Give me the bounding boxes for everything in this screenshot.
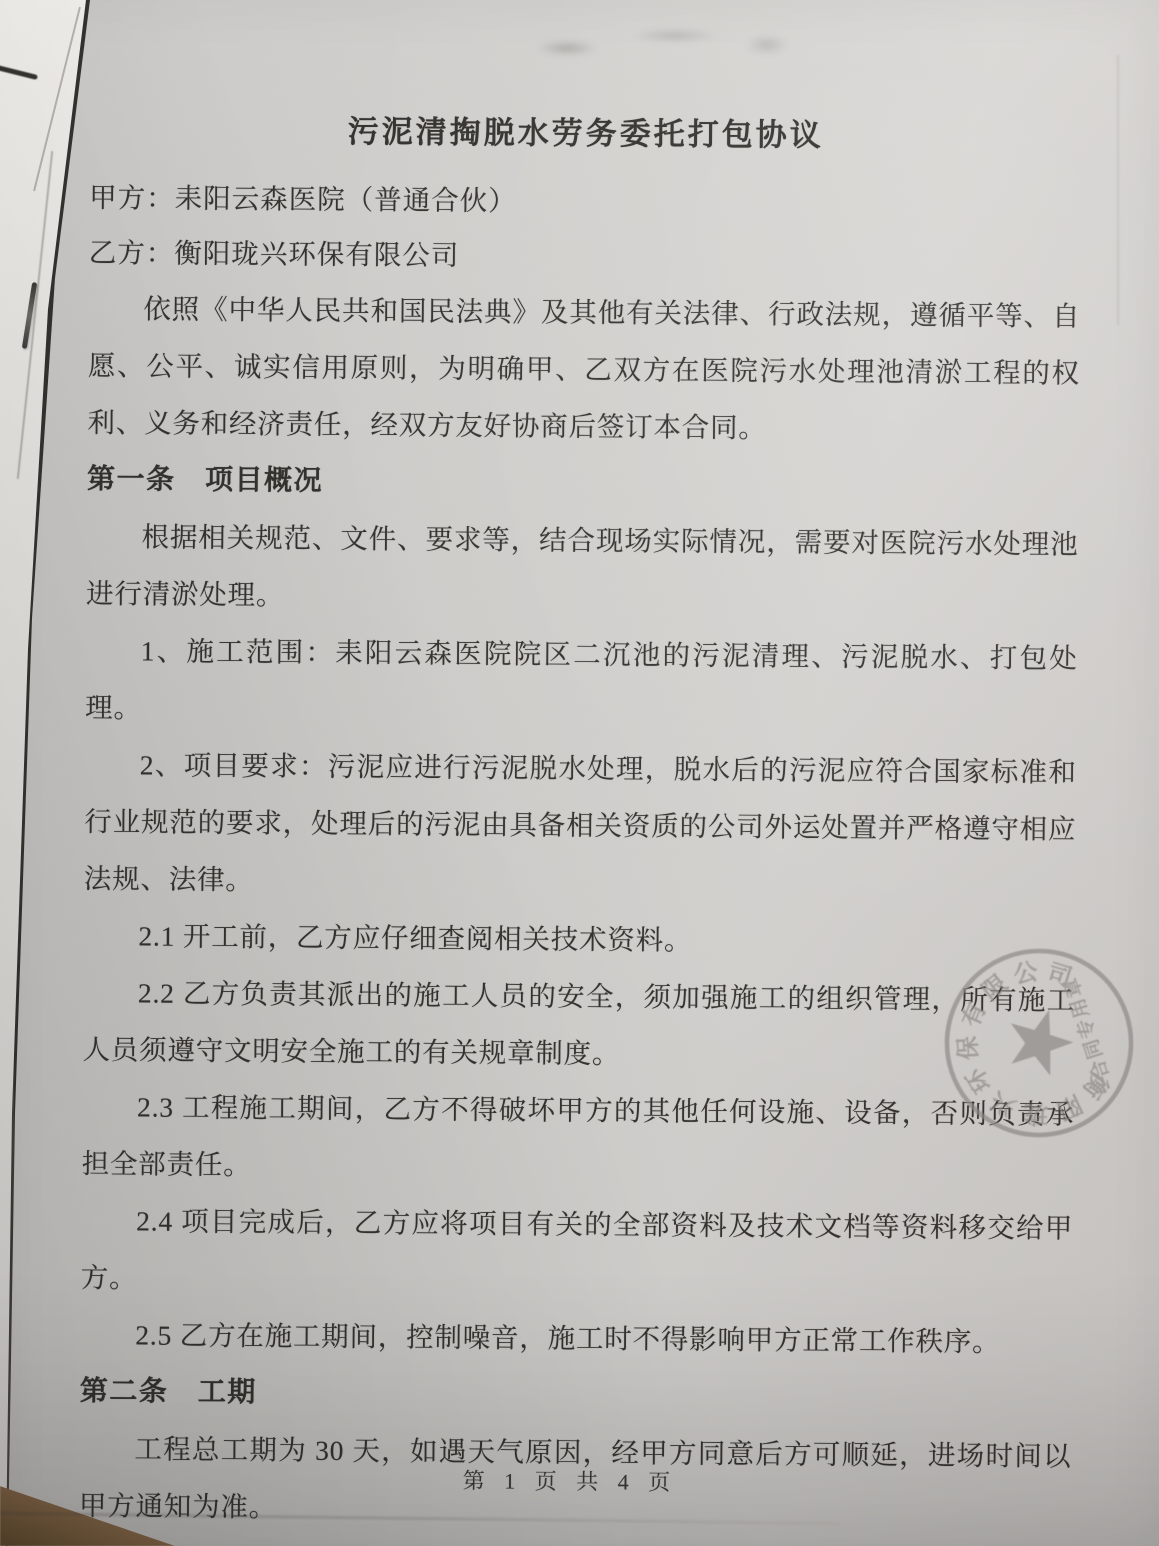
svg-text:限: 限 (977, 970, 1013, 1006)
section-1-item-2: 2、项目要求：污泥应进行污泥脱水处理，脱水后的污泥应符合国家标准和行业规范的要求… (84, 736, 1077, 915)
preamble-paragraph: 依照《中华人民共和国民法典》及其他有关法律、行政法规，遵循平等、自愿、公平、诚实… (87, 280, 1080, 459)
section-1-item-1: 1、施工范围：耒阳云森医院院区二沉池的污泥清理、污泥脱水、打包处理。 (85, 622, 1078, 744)
party-b-line: 乙方：衡阳珑兴环保有限公司 (89, 225, 1081, 288)
svg-text:阳: 阳 (1052, 1089, 1085, 1124)
svg-text:兴: 兴 (986, 1086, 1021, 1121)
photographed-contract-page: 污泥清掏脱水劳务委托打包协议 甲方：耒阳云森医院（普通合伙） 乙方：衡阳珑兴环保… (0, 0, 1159, 1546)
svg-text:公: 公 (1012, 959, 1040, 989)
ink-bleedthrough-smudge (455, 14, 855, 76)
section-1-intro: 根据相关规范、文件、要求等，结合现场实际情况，需要对医院污水处理池进行清淤处理。 (86, 508, 1079, 630)
svg-text:合同专用章: 合同专用章 (1059, 973, 1114, 1082)
party-a-line: 甲方：耒阳云森医院（普通合伙） (89, 170, 1081, 233)
contract-title: 污泥清掏脱水劳务委托打包协议 (90, 100, 1082, 168)
svg-text:保: 保 (953, 1035, 983, 1061)
svg-text:有: 有 (956, 998, 991, 1031)
clause-2-5: 2.5 乙方在施工期间，控制噪音，施工时不得影响甲方正常工作秩序。 (80, 1306, 1072, 1371)
section-1-heading: 第一条 项目概况 (87, 451, 1079, 516)
company-seal-stamp: 衡阳珑兴环保有限公司合同专用章 (908, 912, 1159, 1174)
section-2-heading: 第二条 工期 (80, 1363, 1072, 1428)
clause-2-4: 2.4 项目完成后，乙方应将项目有关的全部资料及技术文档等资料移交给甲方。 (81, 1192, 1074, 1314)
svg-text:环: 环 (961, 1062, 997, 1097)
contract-body: 污泥清掏脱水劳务委托打包协议 甲方：耒阳云森医院（普通合伙） 乙方：衡阳珑兴环保… (79, 100, 1082, 1542)
svg-text:珑: 珑 (1023, 1099, 1049, 1127)
paper-crease (1117, 55, 1119, 325)
